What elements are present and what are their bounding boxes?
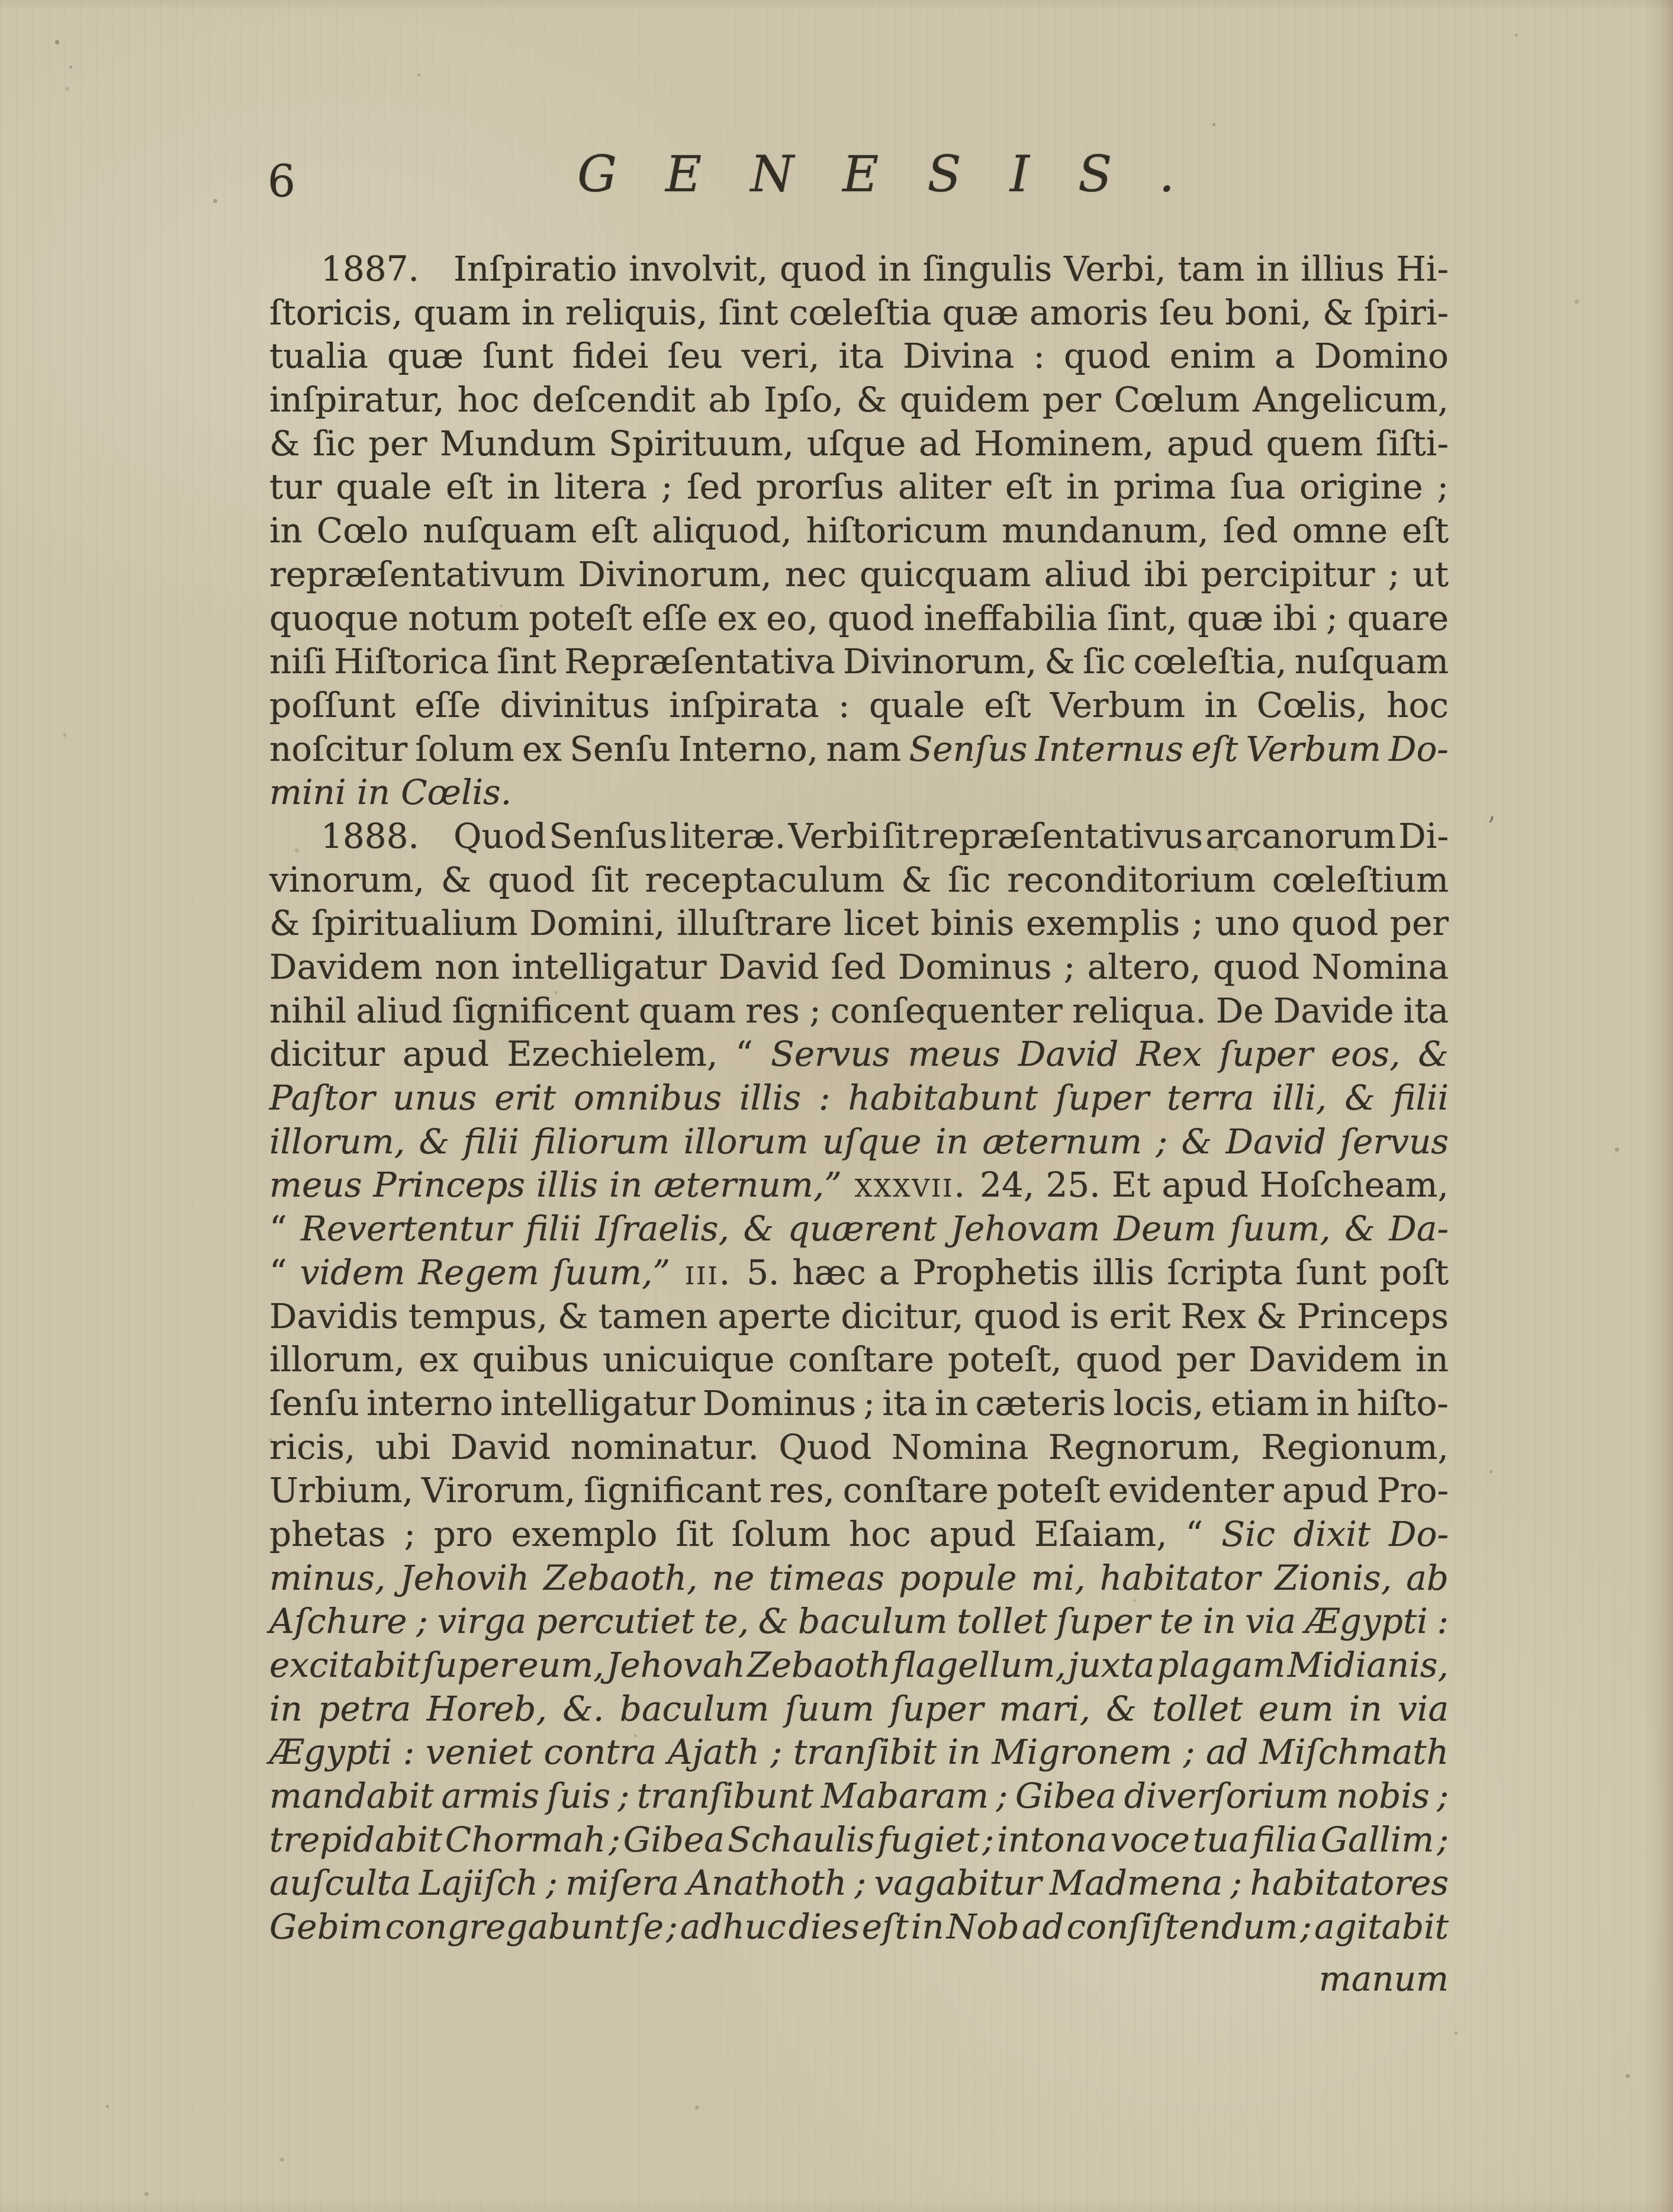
text-line-content: trepidabit Chormah ; Gibea Schaulis fugi… [269,1819,1449,1860]
text-line: auſculta Lajiſch ; miſera Anathoth ; vag… [269,1861,1449,1905]
text-line-content: poſſunt eſſe divinitus inſpirata : quale… [269,685,1449,725]
text-line-content: manum [1319,1959,1449,1999]
text-line-content: tur quale eſt in litera ; ſed prorſus al… [269,467,1449,507]
text-line: Paſtor unus erit omnibus illis : habitab… [269,1076,1449,1120]
text-line: quoque notum poteſt eſſe ex eo, quod ine… [269,597,1449,641]
text-line-content: niſi Hiſtorica ſint Repræſentativa Divin… [269,641,1449,681]
text-line: illorum, ex quibus unicuique conſtare po… [269,1338,1449,1382]
text-line: Gebim congregabunt ſe ; adhuc dies eſt i… [269,1905,1449,1949]
text-line: 1888. Quod Senſus literæ. Verbi ſit repr… [269,815,1449,859]
text-line-content: 1887. Inſpiratio involvit, quod in ſingu… [321,249,1449,289]
text-line: “ videm Regem ſuum,” iii. 5. hæc a Proph… [269,1251,1449,1295]
running-head: 6 GENESIS. [0,149,1673,214]
text-line: noſcitur ſolum ex Senſu Interno, nam Sen… [269,728,1449,771]
text-line-content: dicitur apud Ezechielem, “ Servus meus D… [269,1034,1449,1074]
text-line-content: tualia quæ ſunt fidei ſeu veri, ita Divi… [269,336,1449,376]
text-line-content: phetas ; pro exemplo ſit ſolum hoc apud … [269,1514,1449,1554]
text-line-content: Gebim congregabunt ſe ; adhuc dies eſt i… [269,1906,1449,1947]
text-line-content: Urbium, Virorum, ſignificant res, conſta… [269,1470,1449,1510]
text-line-content: mini in Cœlis. [269,772,511,812]
text-line: phetas ; pro exemplo ſit ſolum hoc apud … [269,1513,1449,1557]
text-line-content: meus Princeps illis in æternum,” xxxvii.… [269,1165,1449,1205]
margin-artifact-mark: ’ [1487,812,1495,843]
text-line: “ Revertentur filii Iſraelis, & quærent … [269,1207,1449,1251]
text-line-content: Davidem non intelligatur David ſed Domin… [269,947,1449,987]
text-line-content: Ægypti : veniet contra Ajath ; tranſibit… [269,1732,1449,1772]
text-line: Urbium, Virorum, ſignificant res, conſta… [269,1469,1449,1513]
text-line-content: 1888. Quod Senſus literæ. Verbi ſit repr… [321,816,1449,856]
text-line: trepidabit Chormah ; Gibea Schaulis fugi… [269,1818,1449,1862]
text-line: vinorum, & quod ſit receptaculum & ſic r… [269,859,1449,902]
text-line: meus Princeps illis in æternum,” xxxvii.… [269,1163,1449,1207]
text-line: ſenſu interno intelligatur Dominus ; ita… [269,1382,1449,1426]
text-line-content: noſcitur ſolum ex Senſu Interno, nam Sen… [269,729,1449,769]
text-line-content: ſtoricis, quam in reliquis, ſint cœleſti… [269,292,1449,333]
text-line-content: & ſpiritualium Domini, illuſtrare licet … [269,903,1449,943]
text-line-content: Aſchure ; virga percutiet te, & baculum … [269,1601,1449,1641]
text-line: 1887. Inſpiratio involvit, quod in ſingu… [269,247,1449,291]
text-line: & ſic per Mundum Spirituum, uſque ad Hom… [269,422,1449,466]
text-line: tualia quæ ſunt fidei ſeu veri, ita Divi… [269,335,1449,378]
text-line-content: in petra Horeb, &. baculum ſuum ſuper ma… [269,1689,1449,1729]
text-line: in Cœlo nuſquam eſt aliquod, hiſtoricum … [269,509,1449,553]
text-line: inſpiratur, hoc deſcendit ab Ipſo, & qui… [269,378,1449,422]
text-line: excitabit ſuper eum, Jehovah Zebaoth fla… [269,1644,1449,1687]
text-line-content: inſpiratur, hoc deſcendit ab Ipſo, & qui… [269,380,1449,420]
paper-specks-texture [0,0,2,2]
text-line: dicitur apud Ezechielem, “ Servus meus D… [269,1033,1449,1076]
text-line: Aſchure ; virga percutiet te, & baculum … [269,1600,1449,1644]
text-line: ſtoricis, quam in reliquis, ſint cœleſti… [269,291,1449,335]
text-line: mini in Cœlis. [269,771,1449,815]
text-line-content: “ videm Regem ſuum,” iii. 5. hæc a Proph… [269,1252,1449,1293]
text-line-content: vinorum, & quod ſit receptaculum & ſic r… [269,860,1449,900]
book-page: 6 GENESIS. 1887. Inſpiratio involvit, qu… [0,0,1673,2212]
text-line-content: Paſtor unus erit omnibus illis : habitab… [269,1078,1449,1118]
text-line: repræſentativum Divinorum, nec quicquam … [269,553,1449,597]
text-line: manum [269,1957,1449,2001]
text-line-content: repræſentativum Divinorum, nec quicquam … [269,554,1449,594]
page-body: 1887. Inſpiratio involvit, quod in ſingu… [269,247,1449,2001]
text-line: Davidis tempus, & tamen aperte dicitur, … [269,1295,1449,1339]
text-line: nihil aliud ſignificent quam res ; conſe… [269,989,1449,1033]
text-line-content: ſenſu interno intelligatur Dominus ; ita… [269,1383,1449,1423]
page-title: GENESIS. [577,149,1223,199]
page-number: 6 [268,160,295,204]
text-line-content: nihil aliud ſignificent quam res ; conſe… [269,991,1449,1031]
text-line: in petra Horeb, &. baculum ſuum ſuper ma… [269,1687,1449,1731]
text-line: tur quale eſt in litera ; ſed prorſus al… [269,465,1449,509]
text-line: Davidem non intelligatur David ſed Domin… [269,946,1449,989]
text-line: mandabit armis ſuis ; tranſibunt Mabaram… [269,1774,1449,1818]
text-line-content: quoque notum poteſt eſſe ex eo, quod ine… [269,598,1449,638]
text-line-content: mandabit armis ſuis ; tranſibunt Mabaram… [269,1776,1449,1816]
text-line-content: excitabit ſuper eum, Jehovah Zebaoth fla… [269,1645,1449,1685]
text-line-content: & ſic per Mundum Spirituum, uſque ad Hom… [269,423,1449,464]
text-line-content: ricis, ubi David nominatur. Quod Nomina … [269,1427,1449,1467]
text-line: poſſunt eſſe divinitus inſpirata : quale… [269,684,1449,728]
text-line-content: Davidis tempus, & tamen aperte dicitur, … [269,1296,1449,1336]
text-line-content: illorum, ex quibus unicuique conſtare po… [269,1339,1449,1380]
text-line-content: “ Revertentur filii Iſraelis, & quærent … [269,1208,1449,1249]
text-line-content: auſculta Lajiſch ; miſera Anathoth ; vag… [269,1863,1449,1903]
text-line: illorum, & filii filiorum illorum uſque … [269,1120,1449,1164]
text-line: minus, Jehovih Zebaoth, ne timeas popule… [269,1557,1449,1600]
text-line: ricis, ubi David nominatur. Quod Nomina … [269,1426,1449,1470]
text-line-content: illorum, & filii filiorum illorum uſque … [269,1121,1449,1162]
text-line: & ſpiritualium Domini, illuſtrare licet … [269,902,1449,946]
text-line: niſi Hiſtorica ſint Repræſentativa Divin… [269,640,1449,684]
text-line: Ægypti : veniet contra Ajath ; tranſibit… [269,1731,1449,1774]
text-line-content: minus, Jehovih Zebaoth, ne timeas popule… [269,1558,1449,1598]
text-line-content: in Cœlo nuſquam eſt aliquod, hiſtoricum … [269,510,1449,551]
